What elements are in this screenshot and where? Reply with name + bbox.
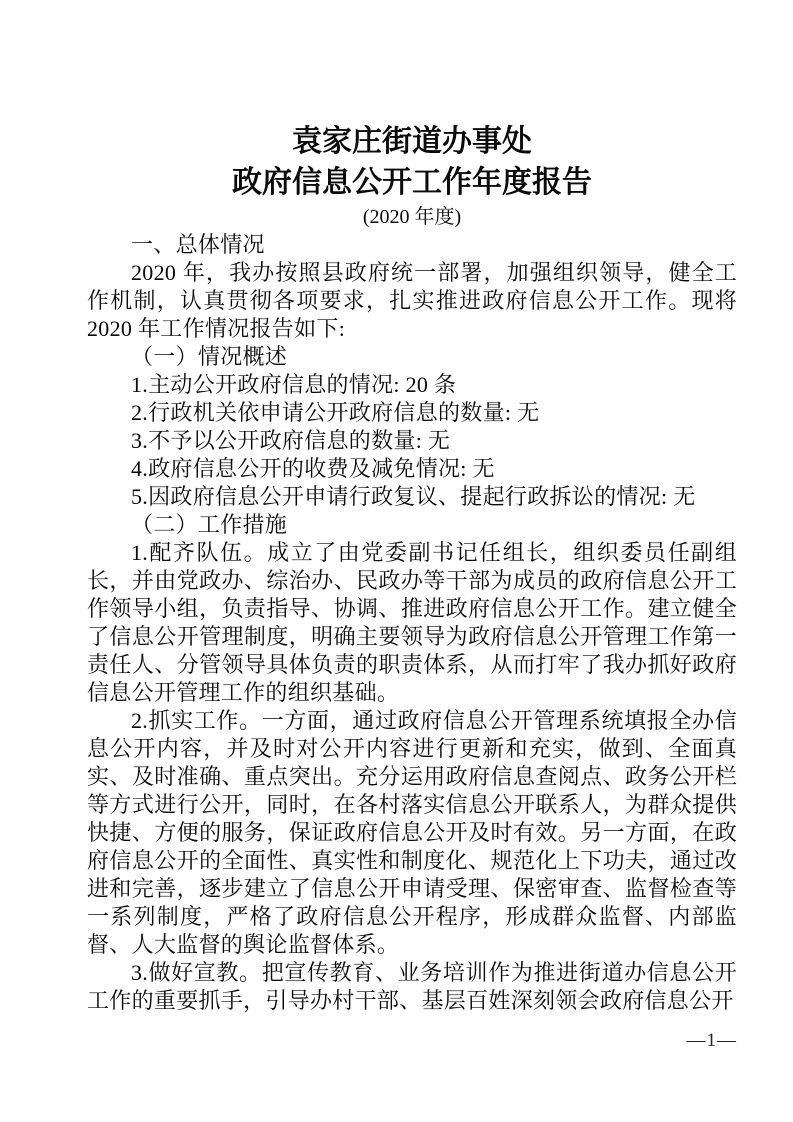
document-content: 袁家庄街道办事处 政府信息公开工作年度报告 (2020 年度) 一、总体情况 2… bbox=[87, 0, 737, 1015]
sub-heading-work-measures: （二）工作措施 bbox=[87, 511, 737, 539]
page-number: —1— bbox=[87, 1030, 737, 1052]
document-title-line2: 政府信息公开工作年度报告 bbox=[87, 163, 737, 203]
report-year-subtitle: (2020 年度) bbox=[87, 203, 737, 231]
summary-item: 1.主动公开政府信息的情况: 20 条 bbox=[87, 371, 737, 399]
summary-item: 2.行政机关依申请公开政府信息的数量: 无 bbox=[87, 399, 737, 427]
summary-item: 4.政府信息公开的收费及减免情况: 无 bbox=[87, 455, 737, 483]
document-page: 袁家庄街道办事处 政府信息公开工作年度报告 (2020 年度) 一、总体情况 2… bbox=[0, 0, 793, 1122]
intro-paragraph: 2020 年，我办按照县政府统一部署，加强组织领导，健全工作机制，认真贯彻各项要… bbox=[87, 259, 737, 343]
document-title-line1: 袁家庄街道办事处 bbox=[87, 121, 737, 163]
summary-item: 5.因政府信息公开申请行政复议、提起行政拆讼的情况: 无 bbox=[87, 483, 737, 511]
document-body: 一、总体情况 2020 年，我办按照县政府统一部署，加强组织领导，健全工作机制，… bbox=[87, 231, 737, 1015]
sub-heading-situation-summary: （一）情况概述 bbox=[87, 343, 737, 371]
document-title-block: 袁家庄街道办事处 政府信息公开工作年度报告 (2020 年度) bbox=[87, 121, 737, 231]
body-paragraph: 1.配齐队伍。成立了由党委副书记任组长，组织委员任副组长，并由党政办、综治办、民… bbox=[87, 539, 737, 707]
section-heading-overall: 一、总体情况 bbox=[87, 231, 737, 259]
body-paragraph: 3.做好宣教。把宣传教育、业务培训作为推进街道办信息公开工作的重要抓手，引导办村… bbox=[87, 959, 737, 1015]
body-paragraph: 2.抓实工作。一方面，通过政府信息公开管理系统填报全办信息公开内容，并及时对公开… bbox=[87, 707, 737, 959]
summary-item: 3.不予以公开政府信息的数量: 无 bbox=[87, 427, 737, 455]
